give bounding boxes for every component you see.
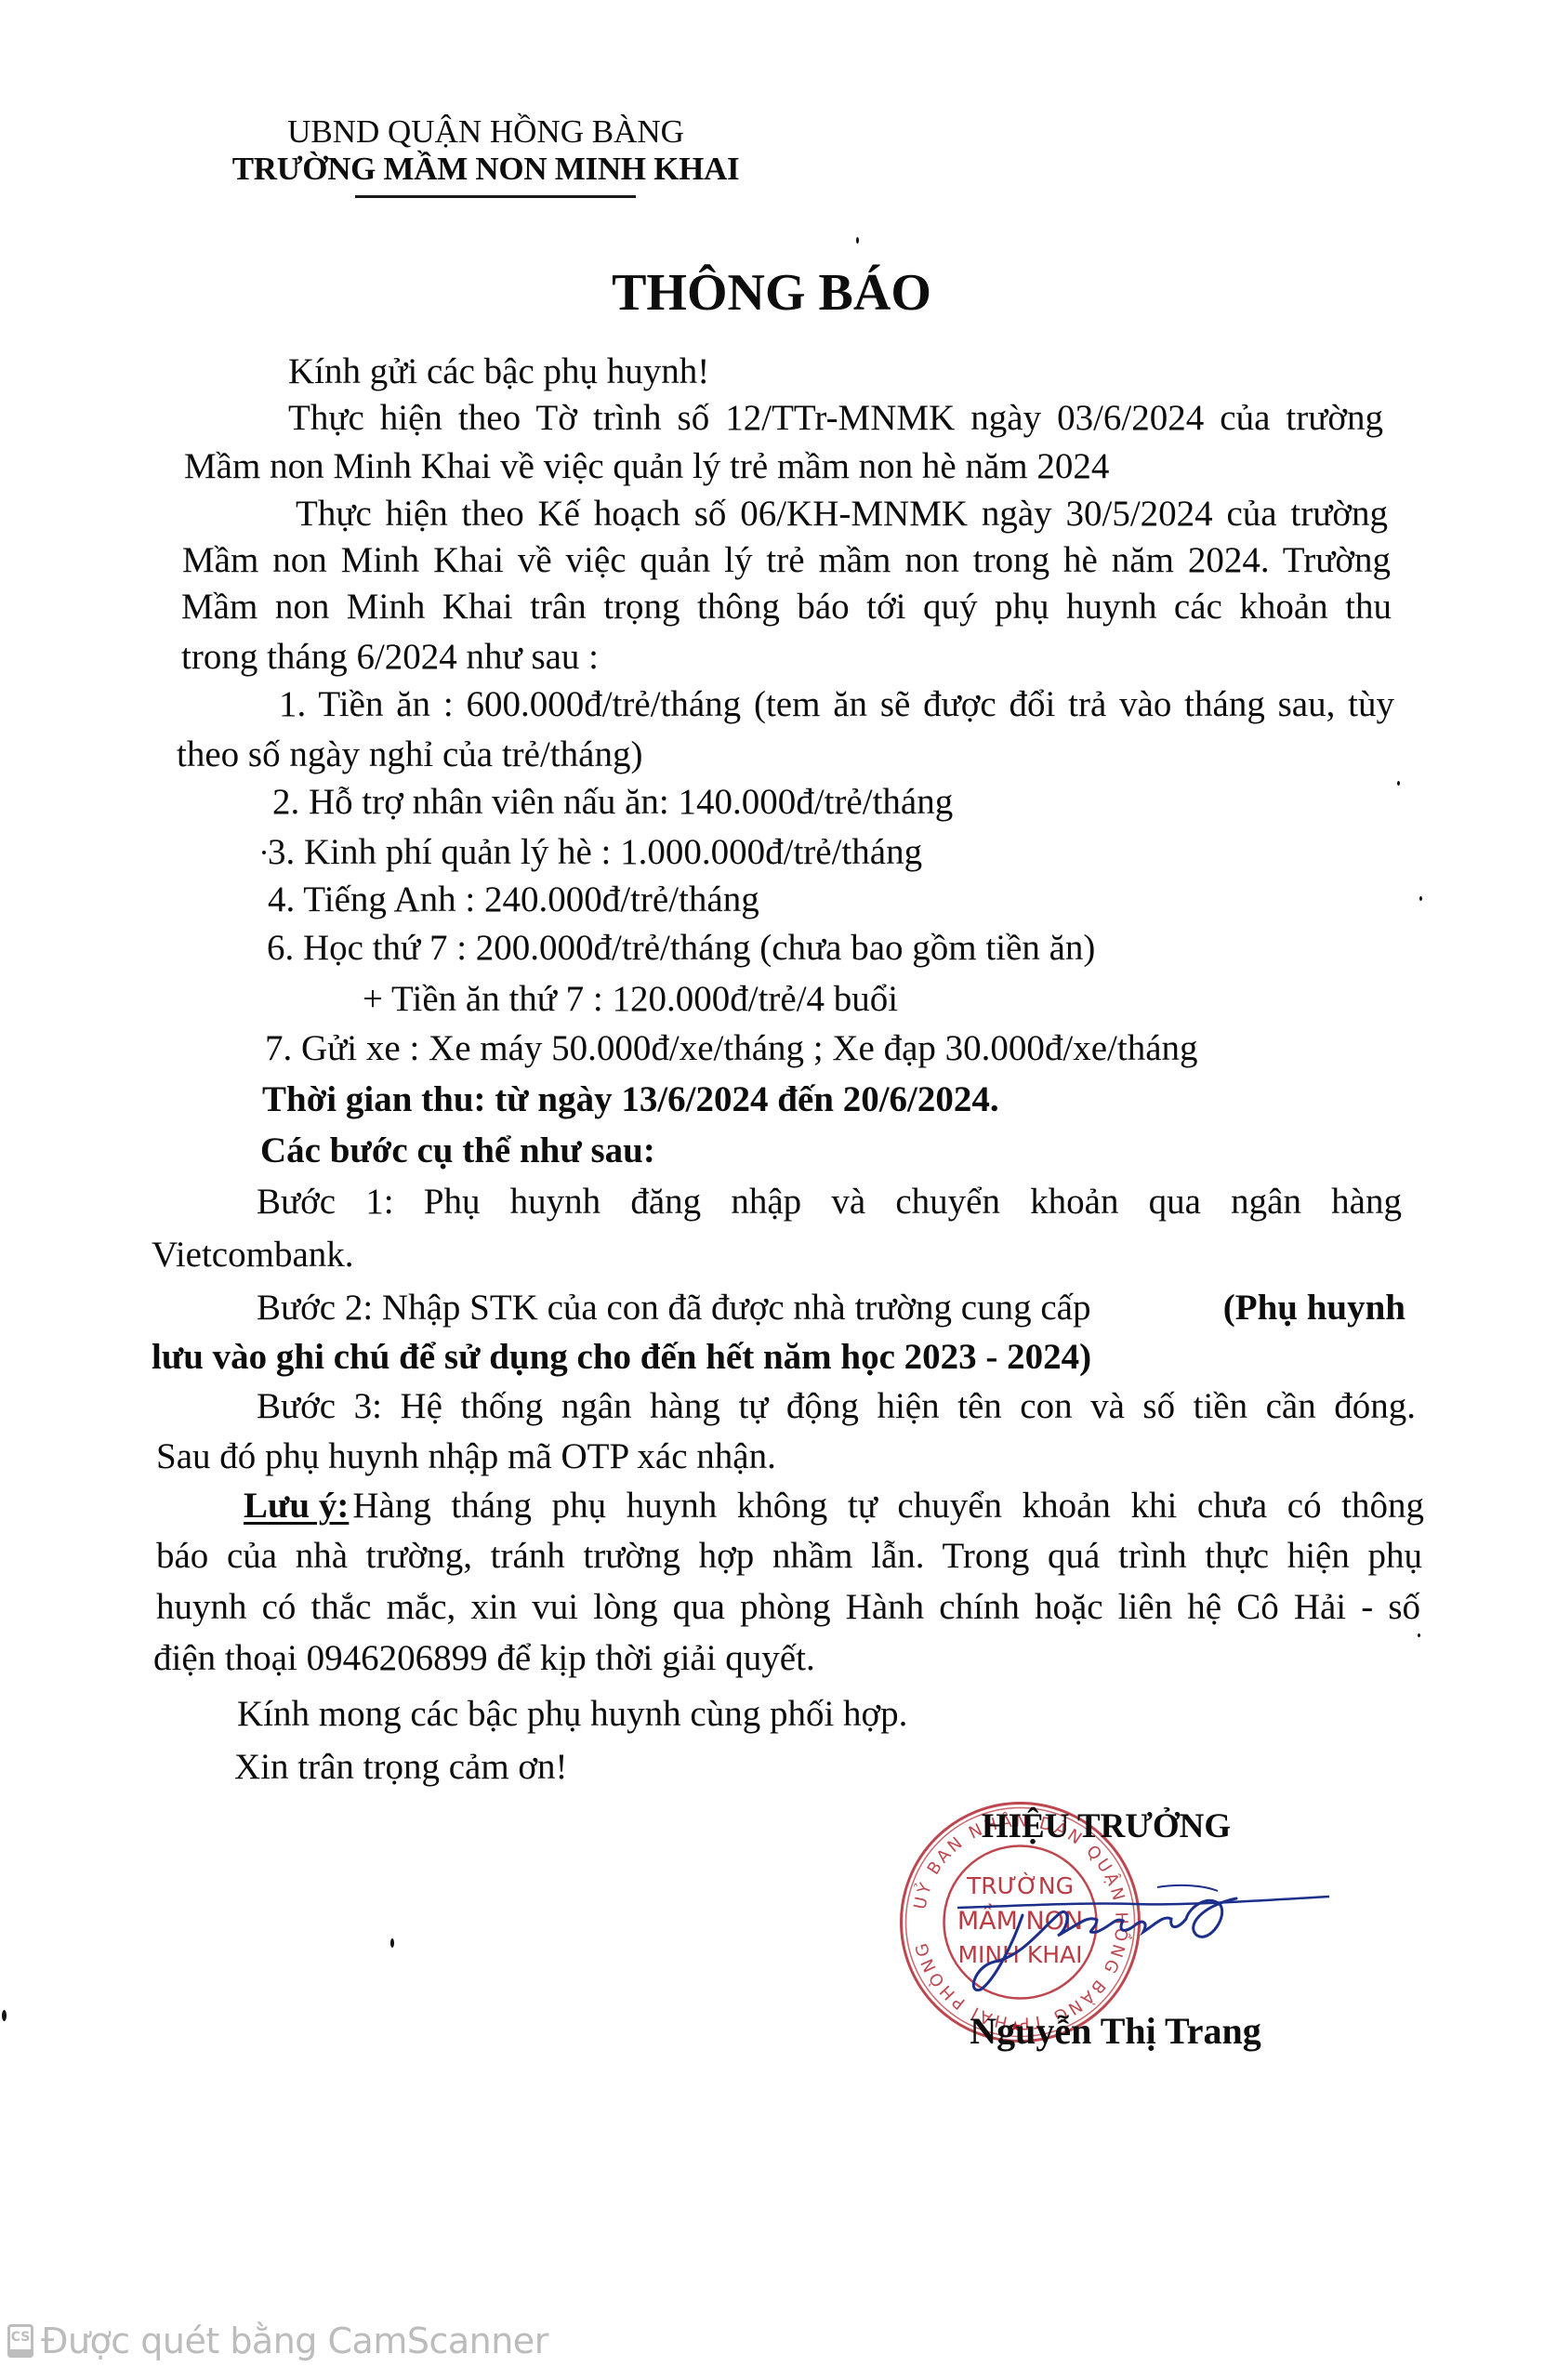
step-3-line-2: Sau đó phụ huynh nhập mã OTP xác nhận. — [156, 1435, 776, 1479]
note-line-2: báo của nhà trường, tránh trường hợp nhầ… — [156, 1534, 1422, 1579]
fee-item-2: 2. Hỗ trợ nhân viên nấu ăn: 140.000đ/trẻ… — [272, 780, 953, 825]
fee-item-6-meal: + Tiền ăn thứ 7 : 120.000đ/trẻ/4 buổi — [363, 977, 898, 1022]
camscanner-watermark: CS Được quét bằng CamScanner — [7, 2315, 548, 2367]
watermark-text: Được quét bằng CamScanner — [41, 2320, 548, 2361]
fee-item-1-continued: theo số ngày nghỉ của trẻ/tháng) — [177, 733, 642, 777]
step-3-line-1: Bước 3: Hệ thống ngân hàng tự động hiện … — [257, 1384, 1416, 1429]
scan-speck — [1419, 896, 1422, 901]
document-title: THÔNG BÁO — [558, 260, 985, 325]
scan-speck — [390, 1938, 394, 1948]
scan-speck — [1418, 1633, 1420, 1637]
step-1-line-2: Vietcombank. — [152, 1233, 354, 1277]
scan-speck — [1397, 781, 1400, 786]
note-label: Lưu ý: — [244, 1484, 349, 1528]
steps-heading: Các bước cụ thể như sau: — [260, 1129, 655, 1173]
note-line-3: huynh có thắc mắc, xin vui lòng qua phòn… — [156, 1585, 1420, 1630]
step-2-text: Bước 2: Nhập STK của con đã được nhà trư… — [257, 1286, 1090, 1330]
signatory-title: HIỆU TRƯỞNG — [967, 1805, 1246, 1848]
school-name: TRƯỜNG MẦM NON MINH KHAI — [228, 149, 744, 190]
reference-2-line-2: Mầm non Minh Khai về việc quản lý trẻ mầ… — [182, 538, 1391, 583]
fee-item-3: 3. Kinh phí quản lý hè : 1.000.000đ/trẻ/… — [268, 830, 922, 875]
camscanner-icon: CS — [7, 2324, 33, 2358]
closing-line-2: Xin trân trọng cảm ơn! — [234, 1745, 568, 1790]
fee-item-7: 7. Gửi xe : Xe máy 50.000đ/xe/tháng ; Xe… — [265, 1026, 1198, 1071]
step-2-note-start: (Phụ huynh — [1223, 1286, 1405, 1330]
step-2-line-1: Bước 2: Nhập STK của con đã được nhà trư… — [257, 1286, 1405, 1330]
scan-speck — [2, 2010, 7, 2021]
reference-1-line-1: Thực hiện theo Tờ trình số 12/TTr-MNMK n… — [288, 396, 1383, 441]
issuing-authority: UBND QUẬN HỒNG BÀNG — [237, 112, 734, 152]
reference-2-line-1: Thực hiện theo Kế hoạch số 06/KH-MNMK ng… — [296, 492, 1388, 536]
signatory-name: Nguyễn Thị Trang — [939, 2008, 1292, 2055]
step-2-line-2: lưu vào ghi chú để sử dụng cho đến hết n… — [152, 1335, 1091, 1380]
note-line-4: điện thoại 0946206899 để kịp thời giải q… — [153, 1636, 815, 1681]
header-divider — [355, 195, 636, 198]
step-1-line-1: Bước 1: Phụ huynh đăng nhập và chuyển kh… — [257, 1180, 1402, 1224]
closing-line-1: Kính mong các bậc phụ huynh cùng phối hợ… — [237, 1692, 907, 1737]
note-text: Hàng tháng phụ huynh không tự chuyển kho… — [352, 1484, 1424, 1528]
note-line-1: Lưu ý: Hàng tháng phụ huynh không tự chu… — [244, 1484, 1424, 1528]
reference-1-line-2: Mầm non Minh Khai về việc quản lý trẻ mầ… — [184, 444, 1109, 489]
scan-speck — [856, 237, 859, 244]
fee-item-4: 4. Tiếng Anh : 240.000đ/trẻ/tháng — [268, 878, 759, 922]
scan-speck — [262, 851, 266, 854]
fee-item-1: 1. Tiền ăn : 600.000đ/trẻ/tháng (tem ăn … — [279, 682, 1394, 727]
reference-2-line-4: trong tháng 6/2024 như sau : — [181, 635, 599, 680]
handwritten-signature — [957, 1878, 1329, 1999]
collection-period: Thời gian thu: từ ngày 13/6/2024 đến 20/… — [262, 1078, 999, 1122]
reference-2-line-3: Mầm non Minh Khai trân trọng thông báo t… — [181, 585, 1392, 629]
greeting: Kính gửi các bậc phụ huynh! — [288, 350, 709, 394]
fee-item-6: 6. Học thứ 7 : 200.000đ/trẻ/tháng (chưa … — [267, 926, 1095, 971]
